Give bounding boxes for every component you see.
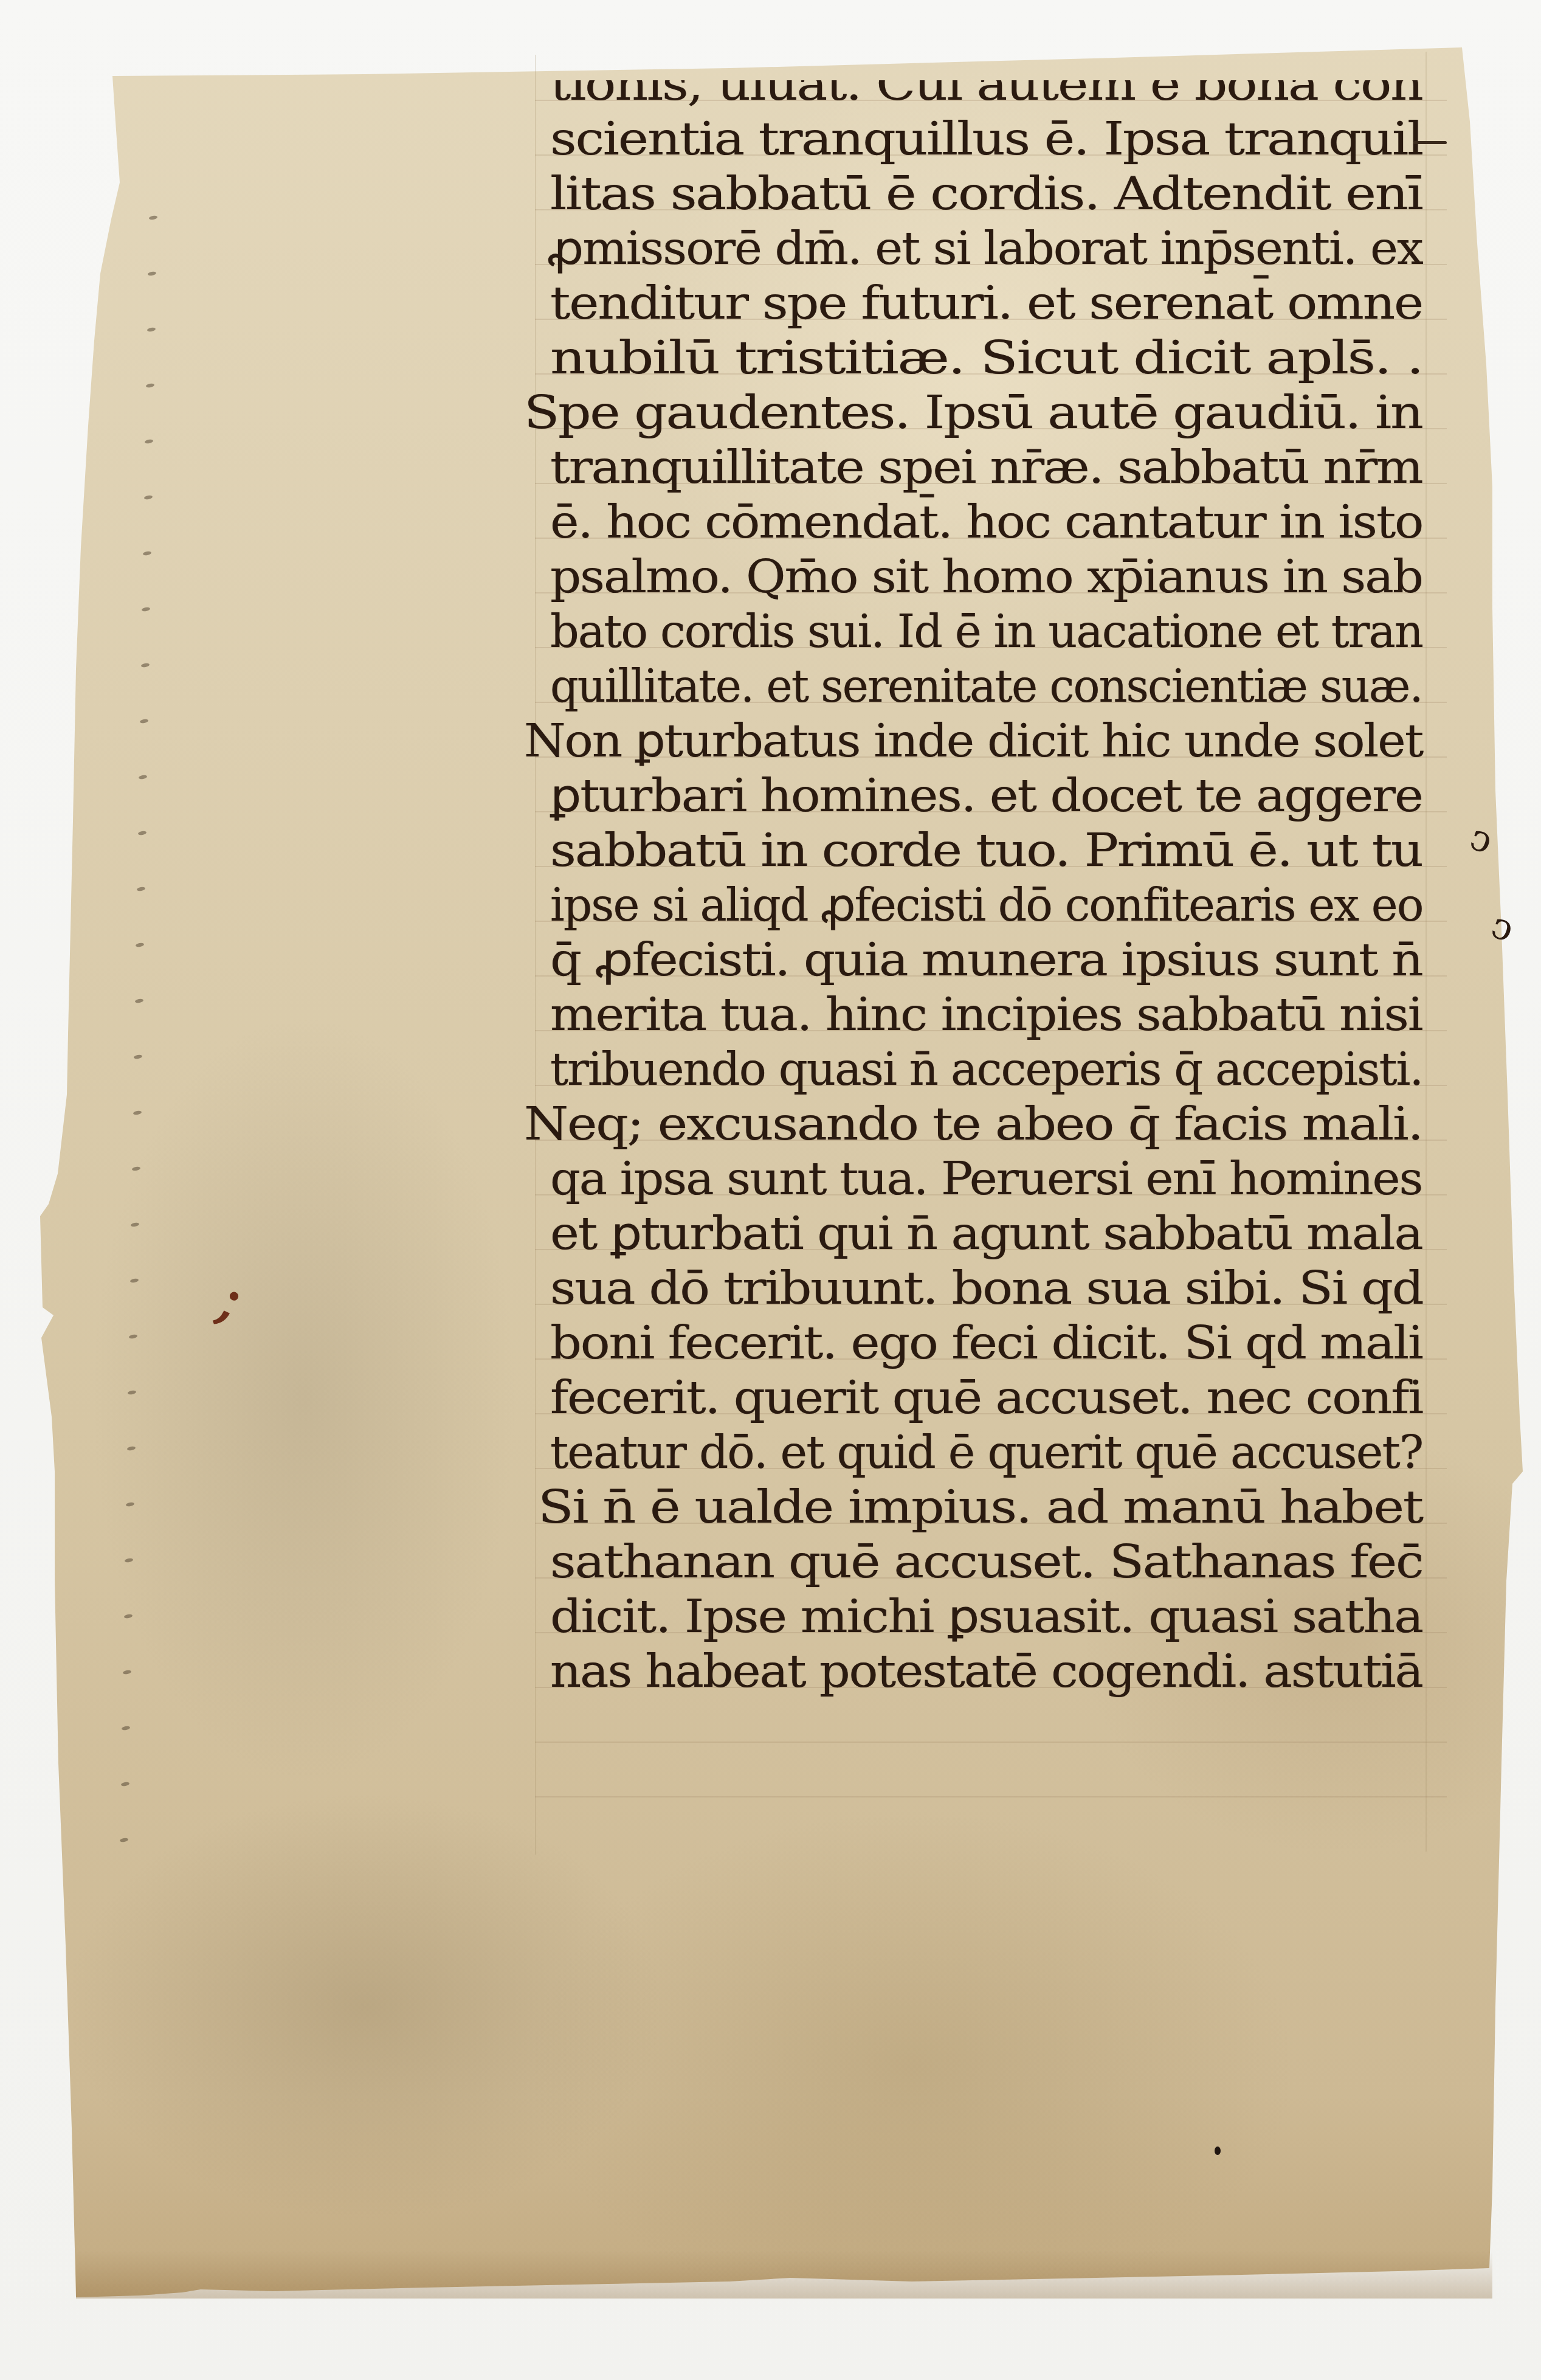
text-line: nas habeat potestatē cogendi. astutiā	[550, 1649, 1422, 1694]
text-line: ē. hoc cōmendat̄. hoc cantatur in isto	[550, 500, 1422, 545]
text-line: ipse si aliqd ꝓfecisti dō confitearis ex…	[550, 883, 1422, 928]
text-line: Spe gaudentes. Ipsū autē gaudiū. in	[524, 390, 1422, 435]
text-line: psalmo. Qm̄o sit homo xp̄ianus in sab	[550, 555, 1422, 600]
text-line: qa ipsa sunt tua. Peruersi enī homines	[550, 1157, 1422, 1202]
ink-dash-right-margin	[1413, 141, 1447, 144]
right-bounding-line	[1426, 52, 1427, 1852]
text-line: et ꝑturbati qui n̄ agunt sabbatū mala	[550, 1211, 1422, 1256]
text-line: dicit. Ipse michi ꝑsuasit. quasi satha	[550, 1594, 1422, 1639]
ink-dot	[1215, 2146, 1221, 2155]
text-line: Neq; excusando te abeo q̄ facis mali.	[524, 1102, 1422, 1147]
text-line: ꝓmissorē dm̄. et si laborat inp̄senti. e…	[547, 226, 1422, 271]
text-line: fecerit. querit quē accuset. nec confi	[550, 1375, 1422, 1420]
text-line: Non ꝑturbatus inde dicit hic unde solet	[524, 719, 1422, 764]
text-line: bato cordis sui. Id ē in uacatione et tr…	[550, 609, 1422, 654]
text-line: q̄ ꝓfecisti. quia munera ipsius sunt n̄	[550, 938, 1422, 983]
text-line: sua dō tribuunt. bona sua sibi. Si qd	[550, 1266, 1423, 1311]
text-line: ꝑturbari homines. et docet te aggere	[550, 773, 1422, 818]
ruling-line	[535, 1796, 1447, 1797]
text-line: tribuendo quasi n̄ acceperis q̄ accepist…	[550, 1047, 1422, 1092]
text-line: tenditur spe futuri. et serenat̄ omne	[550, 281, 1422, 326]
text-line: Si n̄ ē ualde impius. ad manū habet	[538, 1485, 1422, 1530]
text-line: litas sabbatū ē cordis. Adtendit enī	[550, 171, 1422, 216]
text-line: nubilū tristitiæ. Sicut dicit apls̄. .	[550, 336, 1422, 381]
text-line: teatur dō. et quid ē querit quē accuset?	[550, 1430, 1422, 1475]
text-line: scientia tranquillus ē. Ipsa tranquil	[550, 117, 1422, 162]
ruling-line	[535, 1742, 1447, 1743]
left-bounding-line	[535, 55, 536, 1855]
text-line: merita tua. hinc incipies sabbatū nisi	[550, 992, 1422, 1037]
text-line: boni fecerit. ego feci dicit. Si qd mali	[550, 1321, 1422, 1366]
text-line: sathanan quē accuset. Sathanas fec̄	[550, 1540, 1422, 1585]
text-line: quillitate. et serenitate conscientiæ su…	[550, 664, 1422, 709]
text-line: sabbatū in corde tuo. Primū ē. ut tu	[550, 828, 1422, 873]
text-line: tranquillitate spei nr̄æ. sabbatū nr̄m	[550, 445, 1422, 490]
